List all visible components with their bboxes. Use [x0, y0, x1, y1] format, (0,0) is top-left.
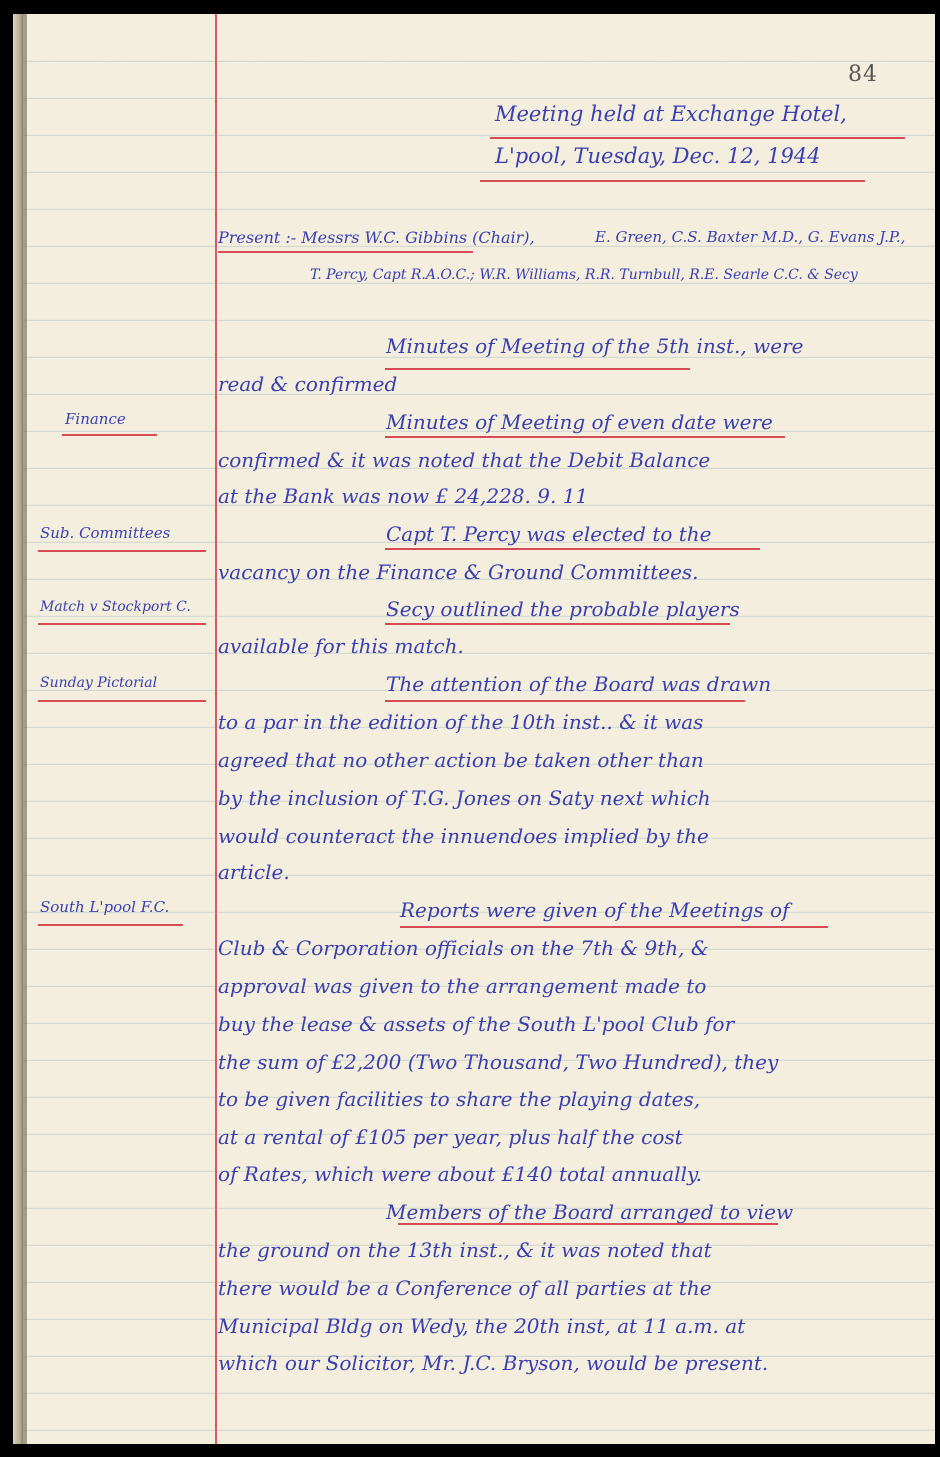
body-line: Reports were given of the Meetings of [400, 900, 789, 920]
body-underline [385, 623, 730, 625]
margin-rule [215, 14, 217, 1444]
body-line: The attention of the Board was drawn [386, 674, 771, 694]
present-label: Present :- Messrs W.C. Gibbins (Chair), [218, 230, 535, 246]
heading-line-2: L'pool, Tuesday, Dec. 12, 1944 [495, 146, 821, 167]
present-underline [218, 251, 473, 253]
margin-note-sunday-pictorial: Sunday Pictorial [40, 676, 157, 690]
body-line: approval was given to the arrangement ma… [218, 976, 706, 996]
margin-note-south-lpool: South L'pool F.C. [40, 900, 169, 915]
body-line: available for this match. [218, 636, 464, 656]
body-line: article. [218, 862, 290, 882]
body-underline [398, 1223, 778, 1225]
body-underline [400, 926, 828, 928]
body-line: Minutes of Meeting of the 5th inst., wer… [386, 336, 803, 356]
body-line: at a rental of £105 per year, plus half … [218, 1127, 683, 1147]
body-line: which our Solicitor, Mr. J.C. Bryson, wo… [218, 1353, 768, 1373]
body-line: Club & Corporation officials on the 7th … [218, 938, 709, 958]
margin-note-sub-committees: Sub. Committees [40, 526, 170, 541]
margin-note-match-stockport: Match v Stockport C. [40, 600, 191, 614]
body-underline [385, 368, 690, 370]
body-line: the ground on the 13th inst., & it was n… [218, 1240, 712, 1260]
margin-underline-south-lpool [38, 924, 183, 926]
margin-note-finance: Finance [65, 412, 126, 427]
body-line: read & confirmed [218, 374, 397, 394]
margin-underline-finance [62, 434, 157, 436]
body-line: Minutes of Meeting of even date were [386, 412, 773, 432]
body-line: Municipal Bldg on Wedy, the 20th inst, a… [218, 1316, 745, 1336]
body-line: vacancy on the Finance & Ground Committe… [218, 562, 699, 582]
body-line: buy the lease & assets of the South L'po… [218, 1014, 734, 1034]
heading-underline-2 [480, 180, 865, 182]
heading-line-1: Meeting held at Exchange Hotel, [495, 104, 847, 125]
body-line: to be given facilities to share the play… [218, 1089, 700, 1109]
present-line-1: E. Green, C.S. Baxter M.D., G. Evans J.P… [595, 230, 905, 245]
body-line: of Rates, which were about £140 total an… [218, 1164, 702, 1184]
body-underline [385, 548, 760, 550]
body-underline [385, 436, 785, 438]
body-line: to a par in the edition of the 10th inst… [218, 712, 703, 732]
body-line: agreed that no other action be taken oth… [218, 750, 704, 770]
margin-underline-sunday-pictorial [38, 700, 206, 702]
body-line: at the Bank was now £ 24,228. 9. 11 [218, 486, 588, 506]
present-line-2: T. Percy, Capt R.A.O.C.; W.R. Williams, … [310, 268, 858, 282]
body-line: Members of the Board arranged to view [386, 1202, 793, 1222]
heading-underline-1 [490, 137, 905, 139]
page-edge [13, 14, 23, 1444]
body-line: would counteract the innuendoes implied … [218, 826, 709, 846]
binding-shadow [23, 14, 27, 1444]
body-line: confirmed & it was noted that the Debit … [218, 450, 710, 470]
margin-underline-sub-committees [38, 550, 206, 552]
body-line: the sum of £2,200 (Two Thousand, Two Hun… [218, 1052, 778, 1072]
body-line: Secy outlined the probable players [386, 599, 740, 619]
body-underline [385, 700, 745, 702]
page-number: 84 [848, 62, 878, 87]
body-line: Capt T. Percy was elected to the [386, 524, 712, 544]
body-line: there would be a Conference of all parti… [218, 1278, 712, 1298]
margin-underline-match-stockport [38, 623, 206, 625]
body-line: by the inclusion of T.G. Jones on Saty n… [218, 788, 711, 808]
